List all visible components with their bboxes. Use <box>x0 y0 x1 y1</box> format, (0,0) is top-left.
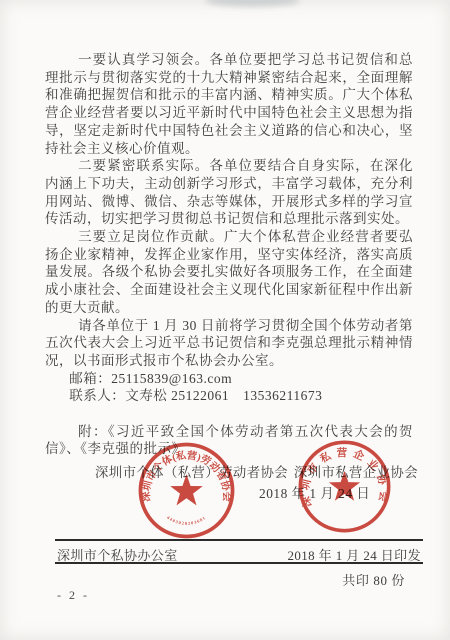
seal-left-serial: 4403020203681 <box>166 515 207 526</box>
footer-copies: 共印 80 份 <box>342 570 405 589</box>
body-paragraph-4: 请各单位于 1 月 30 日前将学习贯彻全国个体劳动者第五次代表大会上习近平总书… <box>45 317 413 370</box>
body-paragraph-2: 二要紧密联系实际。各单位要结合自身实际，在深化内涵上下功夫，主动创新学习形式，丰… <box>45 157 413 228</box>
document-body: 一要认真学习领会。各单位要把学习总书记贺信和总理批示与贯彻落实党的十九大精神紧密… <box>45 51 413 458</box>
contact-line: 联系人：文寿松 25122061 13536211673 <box>45 387 413 405</box>
seal-left-labor-association: 深圳市个体(私营)劳动者协会 4403020203681 <box>137 441 236 540</box>
star-icon <box>329 471 360 501</box>
footer-divider-top <box>55 539 423 541</box>
scanned-document-page: 一要认真学习领会。各单位要把学习总书记贺信和总理批示与贯彻落实党的十九大精神紧密… <box>0 0 450 640</box>
footer-divider-bottom <box>55 562 423 564</box>
body-paragraph-1: 一要认真学习领会。各单位要把学习总书记贺信和总理批示与贯彻落实党的十九大精神紧密… <box>45 51 413 157</box>
svg-text:4403020203681: 4403020203681 <box>166 515 207 526</box>
body-paragraph-3: 三要立足岗位作贡献。广大个体私营企业经营者要弘扬企业家精神，发挥企业家作用，坚守… <box>45 228 413 317</box>
star-icon <box>170 474 202 505</box>
email-line: 邮箱：25115839@163.com <box>45 370 413 388</box>
page-number: - 2 - <box>57 588 90 603</box>
scan-artifact <box>205 0 300 7</box>
seal-right-private-enterprise-association: 深圳市私营企业协会 <box>297 439 392 534</box>
